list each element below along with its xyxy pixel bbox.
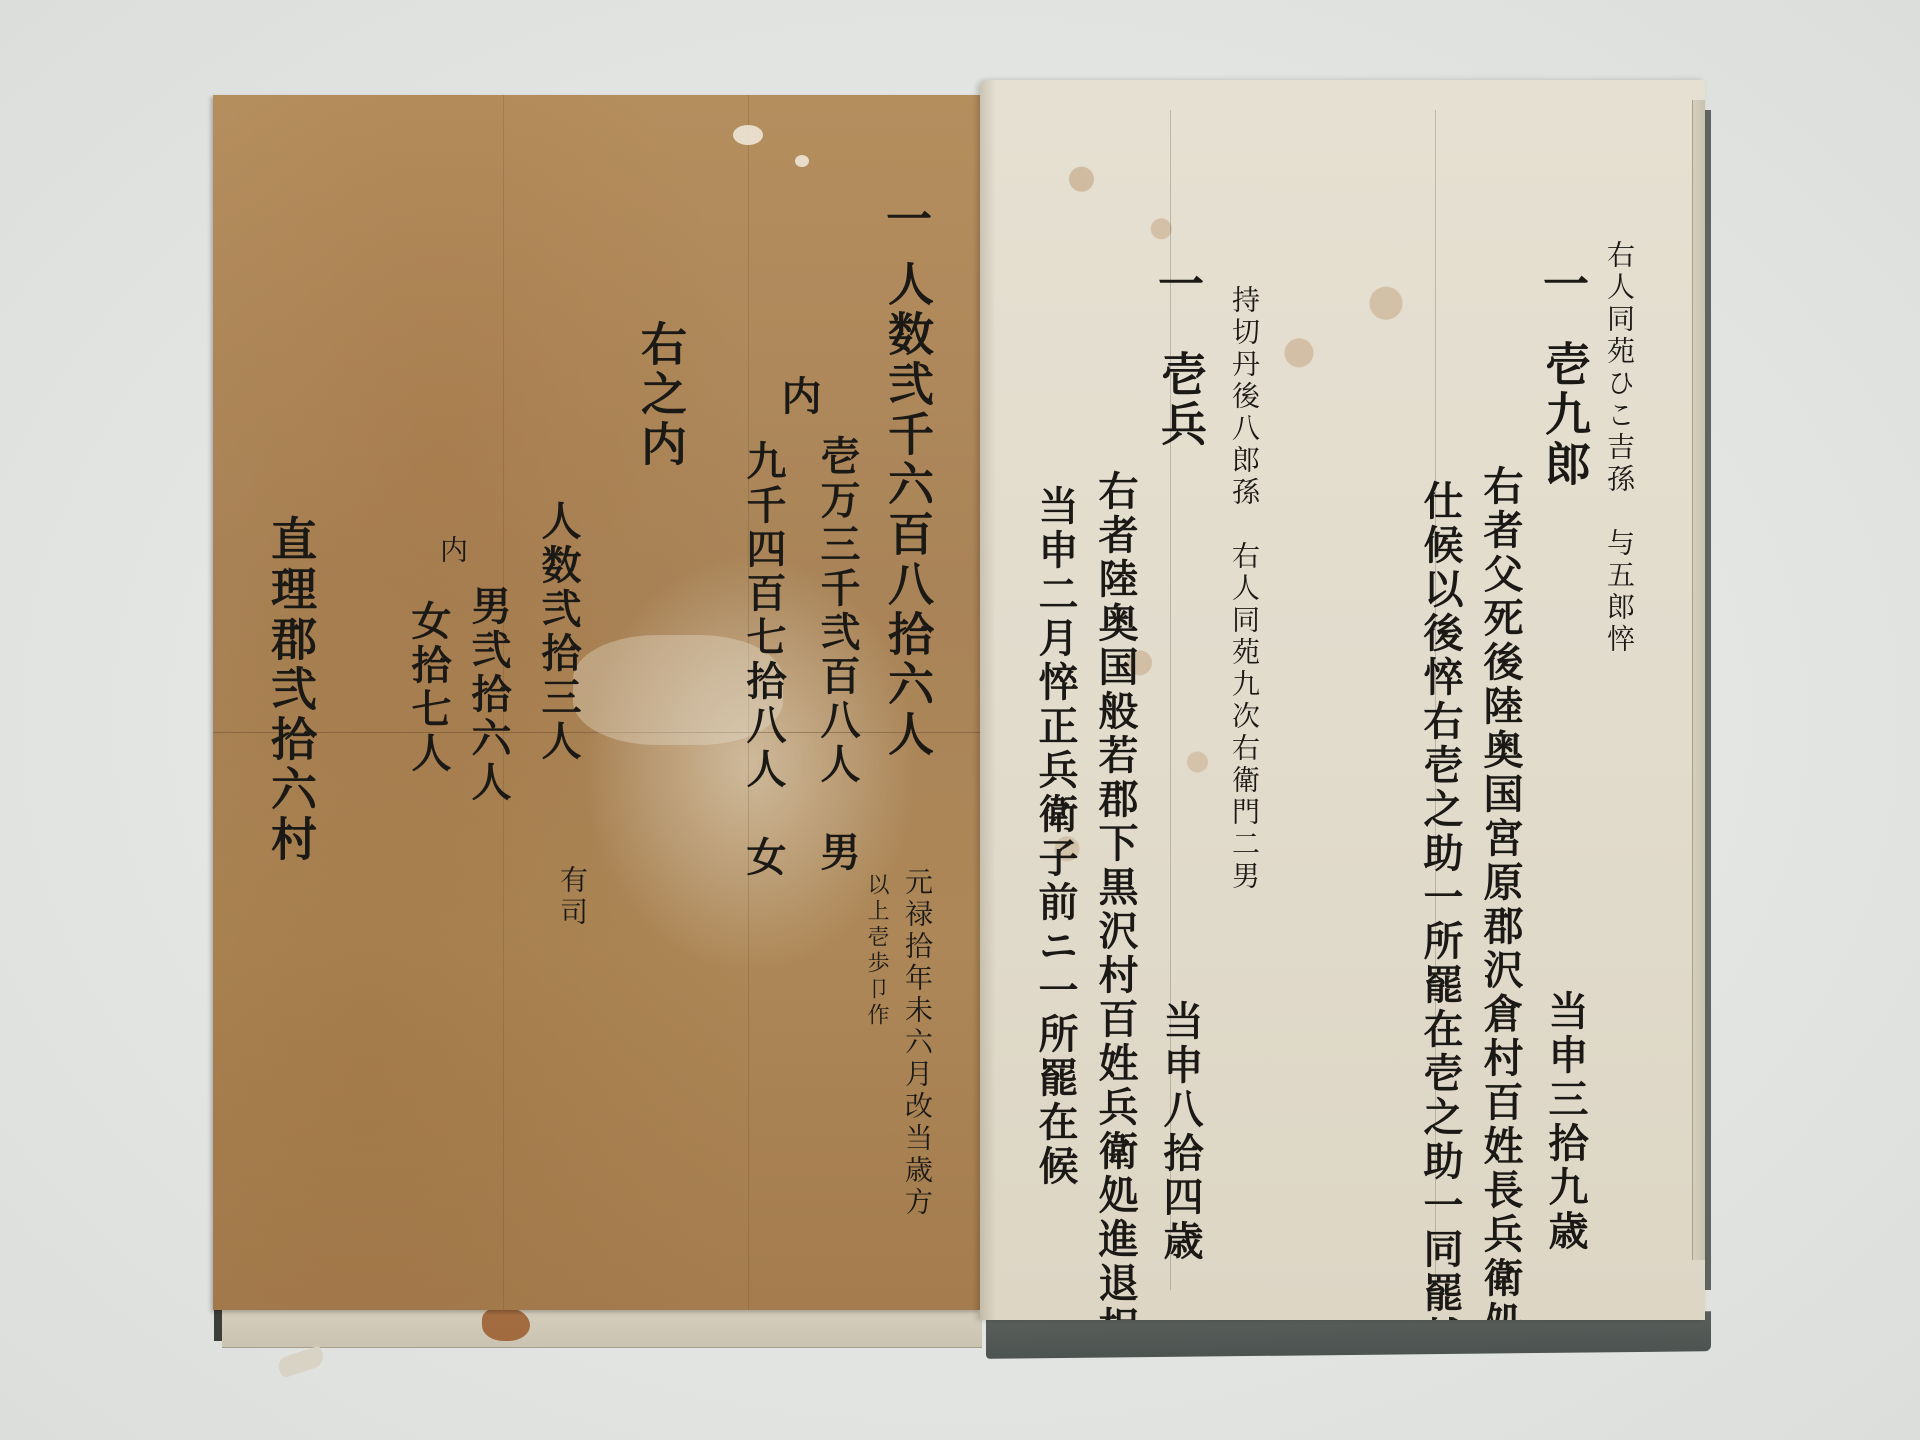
entry-1-item-mark: 一	[1540, 260, 1586, 310]
page-curl-shadow	[980, 80, 996, 1320]
male-count-column: 壱万三千弐百八人 男	[817, 435, 857, 875]
stain-mark	[482, 1307, 530, 1341]
right-page: 右人同苑ひこ吉孫 与五郎悴 一 壱九郎 右者父死後陸奥国宮原郡沢倉村百姓長兵衛処…	[980, 80, 1705, 1320]
left-page: 一 人数弐千六百八拾六人 内 壱万三千弐百八人 男 九千四百七拾八人 女 元禄拾…	[213, 95, 980, 1310]
inner-label-2: 内	[438, 535, 466, 567]
paper-wear-spot	[795, 155, 809, 167]
other-inner-label: 右之内	[638, 320, 684, 470]
entry-2-body-line-2: 当申二月悴正兵衛子前ニ一所罷在候	[1035, 485, 1075, 1189]
signature-mark: 有司	[558, 865, 586, 929]
fold-line-horizontal	[213, 732, 980, 733]
left-page-underlayer	[222, 1305, 982, 1348]
male-sub-column: 男弐拾六人	[468, 585, 508, 805]
entry-1-body-line-1: 右者父死後陸奥国宮原郡沢倉村百姓長兵衛処隠居	[1480, 465, 1520, 1320]
page-stack	[1692, 100, 1705, 1260]
entry-2-header-note: 持切丹後八郎孫 右人同苑九次右衛門二男	[1230, 285, 1258, 893]
page-edge-shadow	[214, 1305, 222, 1341]
inner-label: 内	[778, 375, 818, 419]
entry-1-header-note: 右人同苑ひこ吉孫 与五郎悴	[1605, 240, 1633, 656]
female-count-column: 九千四百七拾八人 女	[743, 440, 783, 880]
entry-2-body-line-1: 右者陸奥国般若郡下黒沢村百姓兵衛処進退相兆	[1095, 470, 1135, 1320]
date-note-column: 元禄拾年未六月改当歳方	[903, 867, 931, 1219]
entry-1-body-line-2: 仕候以後悴右壱之助一所罷在壱之助一同罷越申候	[1420, 480, 1460, 1320]
entry-2-item-mark: 一	[1155, 260, 1201, 310]
entry-1-age: 当申三拾九歳	[1545, 990, 1585, 1254]
entry-2-name: 壱兵	[1158, 350, 1204, 450]
paper-tab-scrap	[276, 1345, 326, 1378]
entry-1-name: 壱九郎	[1542, 340, 1588, 490]
village-total-column: 直理郡弐拾六村	[268, 515, 314, 865]
date-note-column-2: 以上壱歩卩作	[865, 873, 887, 1029]
total-people-column: 人数弐千六百八拾六人	[885, 260, 931, 760]
paper-wear-spot	[733, 125, 763, 145]
entry-2-age: 当申八拾四歳	[1160, 1000, 1200, 1264]
open-book-spread: 一 人数弐千六百八拾六人 内 壱万三千弐百八人 男 九千四百七拾八人 女 元禄拾…	[0, 0, 1920, 1440]
item-mark: 一	[883, 195, 929, 245]
people-sub-column: 人数弐拾三人	[538, 500, 578, 764]
page-stack-edge	[1705, 110, 1711, 1290]
female-sub-column: 女拾七人	[408, 600, 448, 776]
